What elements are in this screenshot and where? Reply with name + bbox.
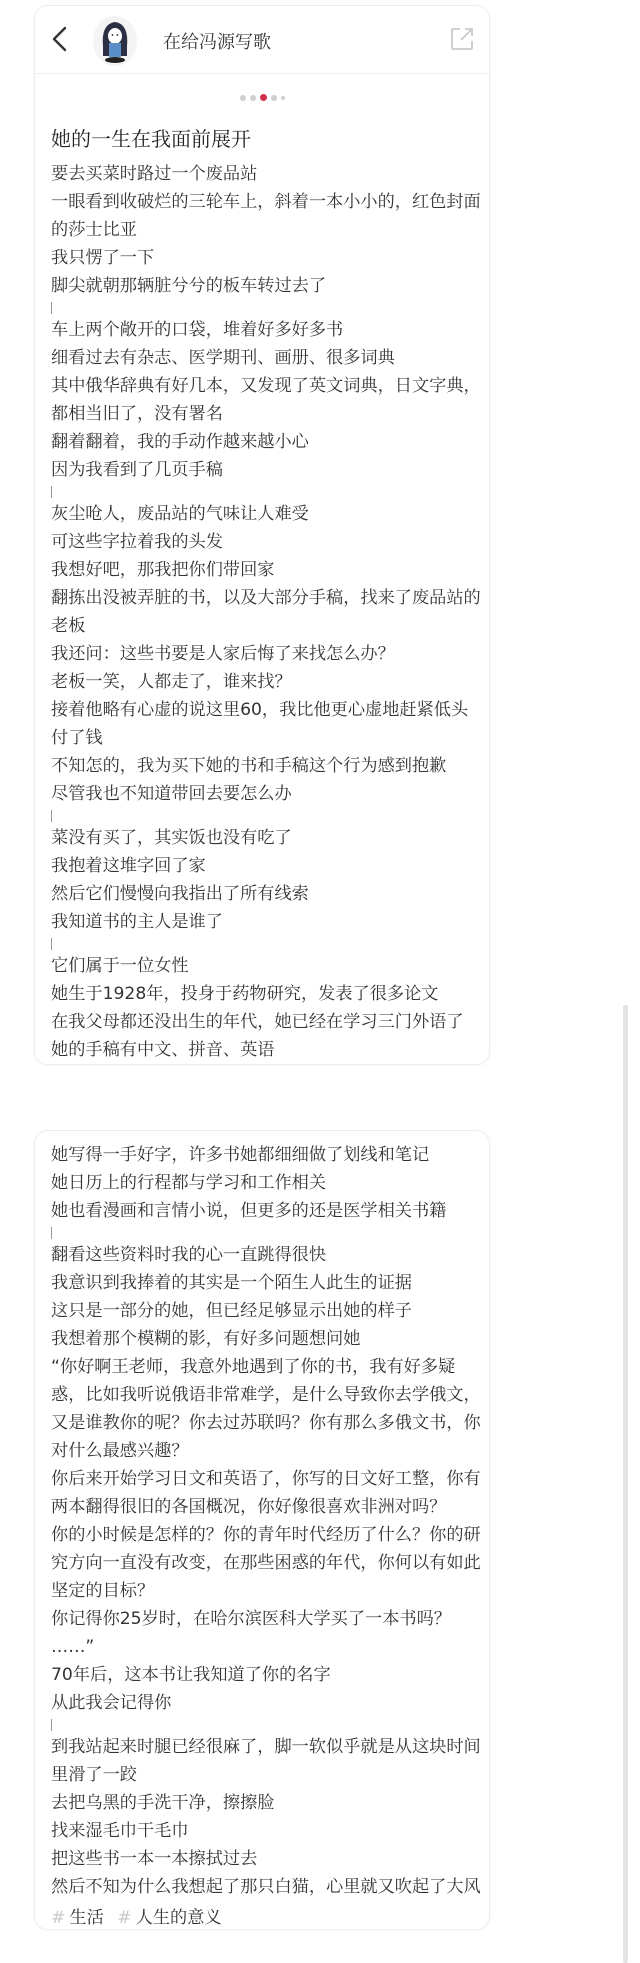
author-name[interactable]: 在给冯源写歌: [163, 28, 271, 54]
paragraph-separator: [51, 1225, 481, 1241]
text-line: 我还问：这些书要是人家后悔了来找怎么办？: [51, 640, 481, 668]
post-tags: #生活 #人生的意义: [51, 1903, 481, 1933]
text-line: 我想好吧，那我把你们带回家: [51, 556, 481, 584]
text-line: 她也看漫画和言情小说，但更多的还是医学相关书籍: [51, 1197, 481, 1225]
tag-meaning-of-life[interactable]: #人生的意义: [117, 1908, 221, 1928]
share-button[interactable]: [449, 26, 475, 52]
post-title: 她的一生在我面前展开: [51, 122, 481, 156]
back-button[interactable]: [49, 24, 73, 54]
text-line: 翻看这些资料时我的心一直跳得很快: [51, 1241, 481, 1269]
paragraph: 翻看这些资料时我的心一直跳得很快我意识到我捧着的其实是一个陌生人此生的证据这只是…: [51, 1241, 481, 1717]
text-line: 她日历上的行程都与学习和工作相关: [51, 1169, 481, 1197]
text-line: 她写得一手好字，许多书她都细细做了划线和笔记: [51, 1141, 481, 1169]
hashtag-icon: #: [117, 1908, 131, 1928]
text-line: 细看过去有杂志、医学期刊、画册、很多词典: [51, 344, 481, 372]
text-line: 我想着那个模糊的影，有好多问题想问她: [51, 1325, 481, 1353]
text-line: 去把乌黑的手洗干净，擦擦脸: [51, 1789, 481, 1817]
text-line: 翻拣出没被弄脏的书，以及大部分手稿，找来了废品站的老板: [51, 584, 481, 640]
text-line: 这只是一部分的她，但已经足够显示出她的样子: [51, 1297, 481, 1325]
text-line: 找来湿毛巾干毛巾: [51, 1817, 481, 1845]
text-line: 我意识到我捧着的其实是一个陌生人此生的证据: [51, 1269, 481, 1297]
post-card-bottom: 她写得一手好字，许多书她都细细做了划线和笔记她日历上的行程都与学习和工作相关她也…: [34, 1130, 490, 1930]
text-line: 我知道书的主人是谁了: [51, 908, 481, 936]
text-line: 灰尘呛人，废品站的气味让人难受: [51, 500, 481, 528]
text-line: 然后不知为什么我想起了那只白猫，心里就又吹起了大风: [51, 1873, 481, 1901]
paragraph: 她写得一手好字，许多书她都细细做了划线和笔记她日历上的行程都与学习和工作相关她也…: [51, 1141, 481, 1225]
text-line: 你记得你25岁时，在哈尔滨医科大学买了一本书吗？: [51, 1605, 481, 1633]
tag-life[interactable]: #生活: [51, 1908, 104, 1928]
author-avatar[interactable]: [93, 16, 137, 66]
paragraph: 要去买菜时路过一个废品站一眼看到收破烂的三轮车上，斜着一本小小的，红色封面的莎士…: [51, 160, 481, 300]
text-line: 从此我会记得你: [51, 1689, 481, 1717]
paragraph-separator: [51, 300, 481, 316]
carousel-dot-active[interactable]: [260, 94, 267, 101]
text-line: 其中俄华辞典有好几本，又发现了英文词典，日文字典，都相当旧了，没有署名: [51, 372, 481, 428]
text-line: 因为我看到了几页手稿: [51, 456, 481, 484]
text-line: 到我站起来时腿已经很麻了，脚一软似乎就是从这块时间里滑了一跤: [51, 1733, 481, 1789]
paragraph-separator: [51, 808, 481, 824]
text-line: 你后来开始学习日文和英语了，你写的日文好工整，你有两本翻得很旧的各国概况，你好像…: [51, 1465, 481, 1521]
share-external-icon: [449, 26, 475, 52]
page-scrollbar[interactable]: [623, 1005, 628, 1963]
text-line: 她的手稿有中文、拼音、英语: [51, 1036, 481, 1064]
carousel-dot[interactable]: [240, 95, 246, 101]
image-carousel-indicator: [35, 94, 489, 101]
text-line: “你好啊王老师，我意外地遇到了你的书，我有好多疑惑，比如我听说俄语非常难学，是什…: [51, 1353, 481, 1465]
chevron-left-icon: [49, 24, 73, 54]
paragraph: 菜没有买了，其实饭也没有吃了我抱着这堆字回了家然后它们慢慢向我指出了所有线索我知…: [51, 824, 481, 936]
text-line: 翻着翻着，我的手动作越来越小心: [51, 428, 481, 456]
text-line: 尽管我也不知道带回去要怎么办: [51, 780, 481, 808]
text-line: 脚尖就朝那辆脏兮兮的板车转过去了: [51, 272, 481, 300]
post-body-part-1: 她的一生在我面前展开 要去买菜时路过一个废品站一眼看到收破烂的三轮车上，斜着一本…: [51, 122, 481, 1064]
text-line: 你的小时候是怎样的？你的青年时代经历了什么？你的研究方向一直没有改变，在那些困惑…: [51, 1521, 481, 1605]
post-header: 在给冯源写歌: [35, 6, 489, 74]
text-line: 不知怎的，我为买下她的书和手稿这个行为感到抱歉: [51, 752, 481, 780]
text-line: 菜没有买了，其实饭也没有吃了: [51, 824, 481, 852]
text-line: 她生于1928年，投身于药物研究，发表了很多论文: [51, 980, 481, 1008]
paragraph: 车上两个敞开的口袋，堆着好多好多书细看过去有杂志、医学期刊、画册、很多词典其中俄…: [51, 316, 481, 484]
text-line: 老板一笑，人都走了，谁来找？: [51, 668, 481, 696]
text-line: 把这些书一本一本擦拭过去: [51, 1845, 481, 1873]
text-line: ……”: [51, 1633, 481, 1661]
paragraph: 到我站起来时腿已经很麻了，脚一软似乎就是从这块时间里滑了一跤去把乌黑的手洗干净，…: [51, 1733, 481, 1901]
text-line: 要去买菜时路过一个废品站: [51, 160, 481, 188]
text-line: 一眼看到收破烂的三轮车上，斜着一本小小的，红色封面的莎士比亚: [51, 188, 481, 244]
text-line: 我抱着这堆字回了家: [51, 852, 481, 880]
paragraph-separator: [51, 1717, 481, 1733]
paragraph: 灰尘呛人，废品站的气味让人难受可这些字拉着我的头发我想好吧，那我把你们带回家翻拣…: [51, 500, 481, 808]
text-line: 可这些字拉着我的头发: [51, 528, 481, 556]
carousel-dot[interactable]: [250, 95, 256, 101]
paragraph: 它们属于一位女性她生于1928年，投身于药物研究，发表了很多论文在我父母都还没出…: [51, 952, 481, 1064]
paragraph-separator: [51, 936, 481, 952]
carousel-dot[interactable]: [281, 96, 285, 100]
text-line: 它们属于一位女性: [51, 952, 481, 980]
post-card-top: 在给冯源写歌 她的一生在我面前展开 要去买菜时路过一个废品站一眼看到收破烂的三轮…: [34, 5, 490, 1065]
carousel-dot[interactable]: [271, 95, 277, 101]
text-line: 车上两个敞开的口袋，堆着好多好多书: [51, 316, 481, 344]
text-line: 然后它们慢慢向我指出了所有线索: [51, 880, 481, 908]
text-line: 接着他略有心虚的说这里60，我比他更心虚地赶紧低头付了钱: [51, 696, 481, 752]
text-line: 在我父母都还没出生的年代，她已经在学习三门外语了: [51, 1008, 481, 1036]
paragraph-separator: [51, 484, 481, 500]
text-line: 70年后，这本书让我知道了你的名字: [51, 1661, 481, 1689]
avatar-illustration-icon: [93, 16, 137, 66]
text-line: 我只愣了一下: [51, 244, 481, 272]
hashtag-icon: #: [51, 1908, 65, 1928]
post-body-part-2: 她写得一手好字，许多书她都细细做了划线和笔记她日历上的行程都与学习和工作相关她也…: [51, 1141, 481, 1933]
